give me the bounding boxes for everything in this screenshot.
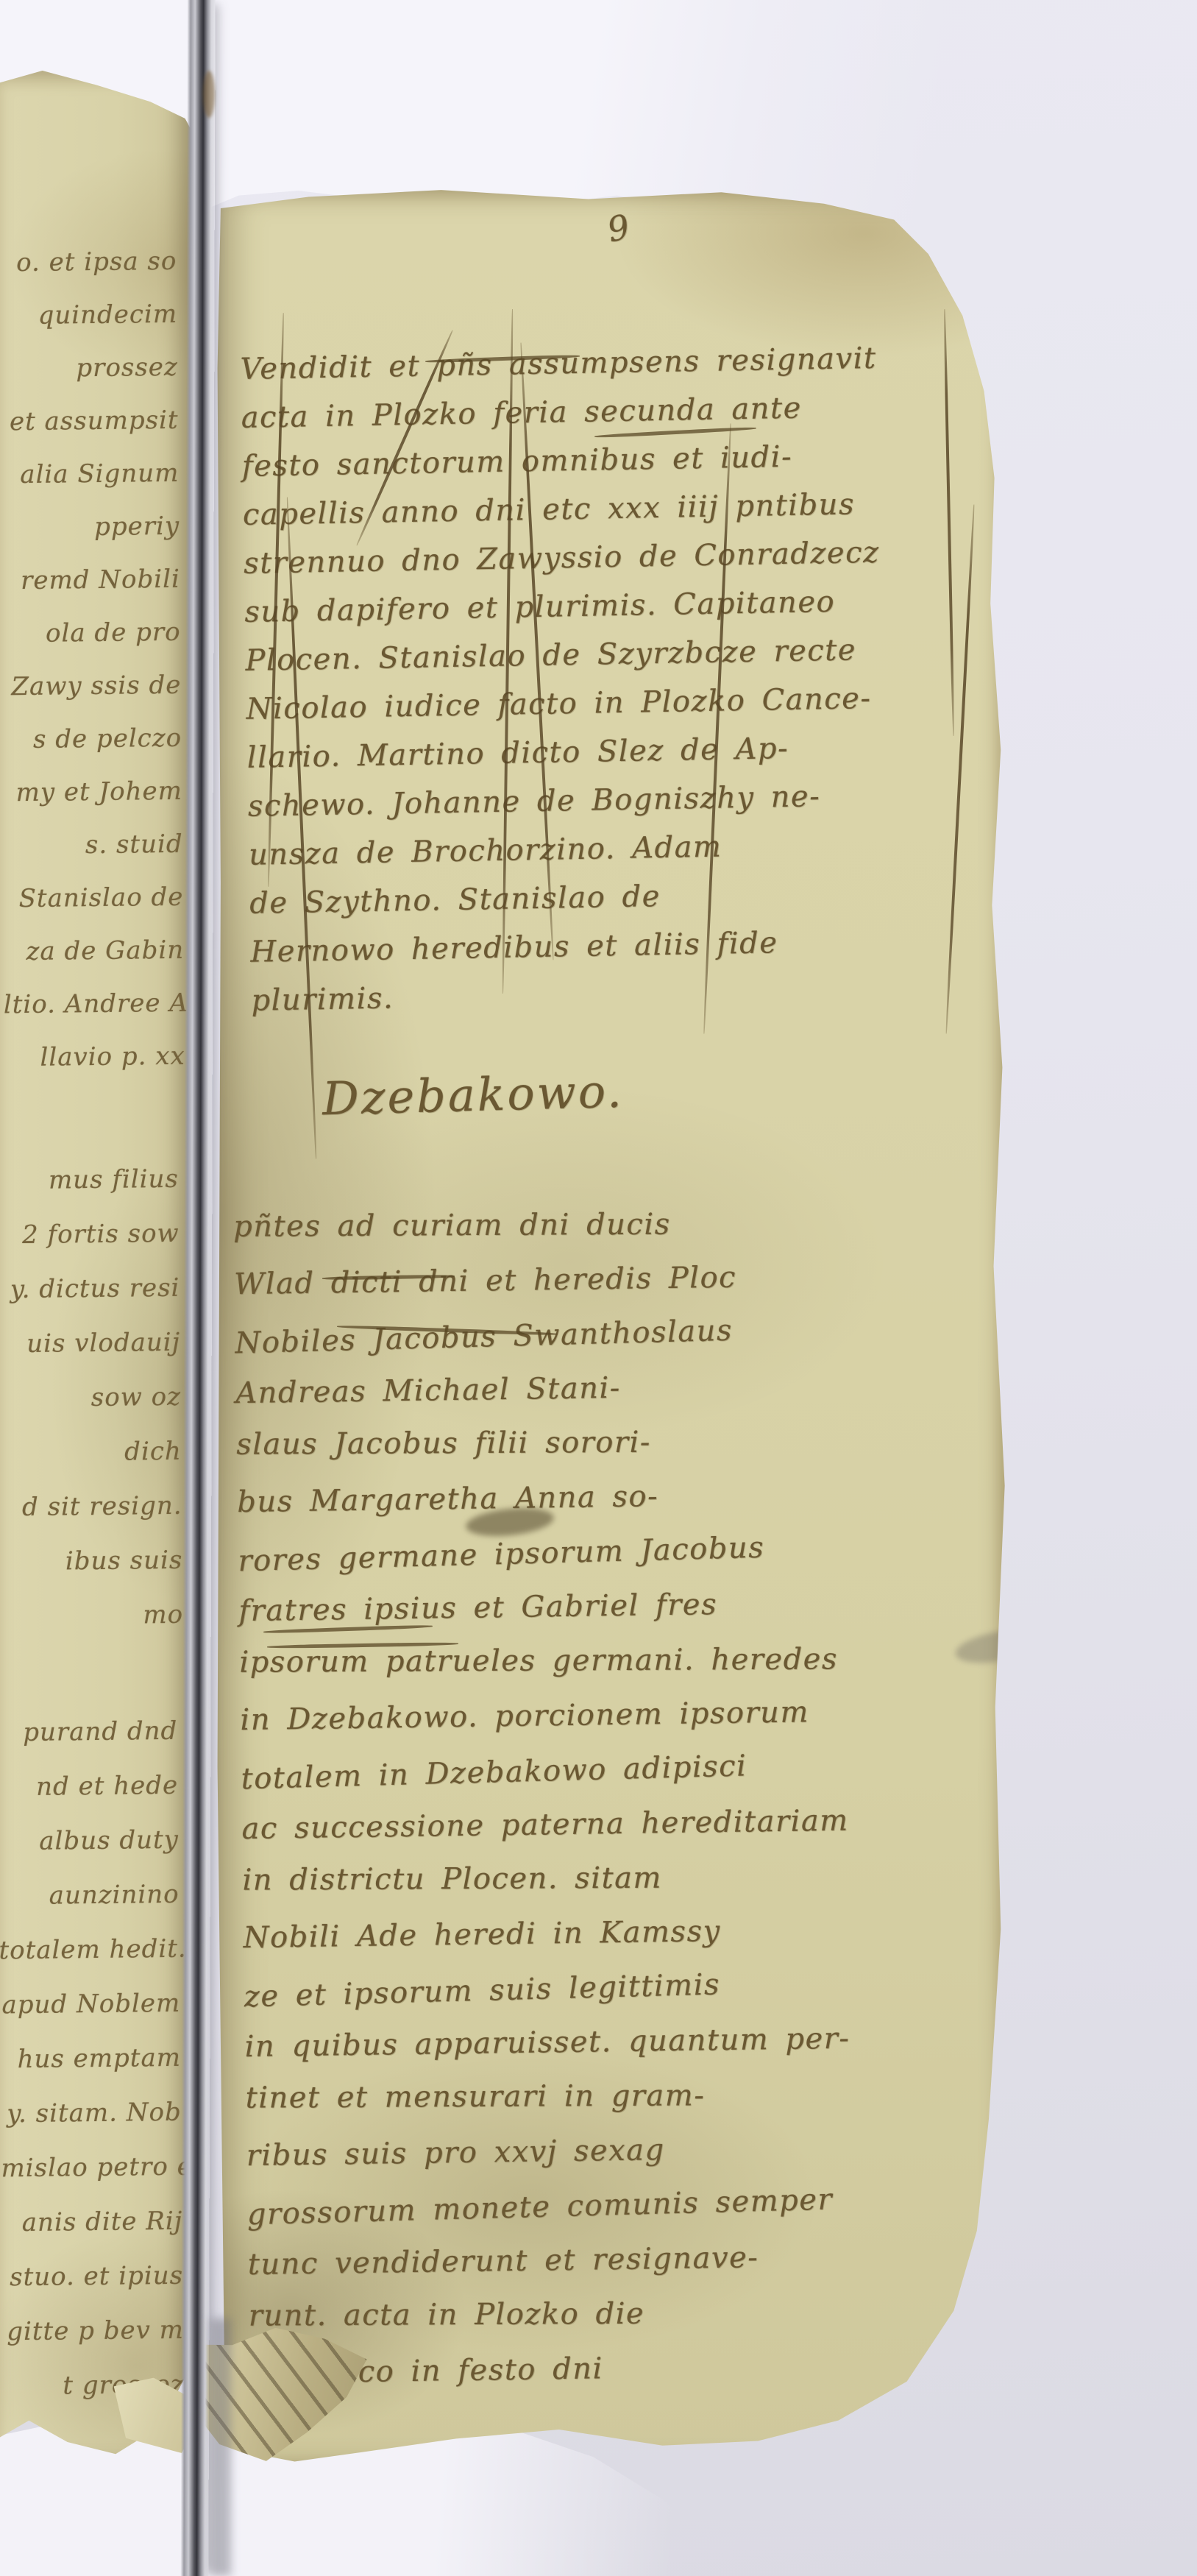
text-line: Stanislao de	[2, 871, 184, 926]
text-line: mislao petro et	[1, 2140, 182, 2196]
left-page-text-block-bottom: purand dndnd et hedealbus dutyaunzininot…	[0, 1704, 193, 2414]
text-line: pperiy	[0, 500, 180, 555]
text-line: quindecim	[0, 288, 177, 343]
manuscript-photograph: o. et ipsa soquindecimprossezet assumpsi…	[0, 0, 1197, 2576]
text-line: my et Johem	[1, 765, 183, 820]
text-line: albus duty	[0, 1813, 179, 1869]
text-line: 2 fortis sow	[0, 1206, 180, 1263]
text-line: in districtu Plocen. sitam	[242, 1849, 992, 1907]
text-line: alia Signum	[0, 447, 180, 502]
text-line: o. et ipsa so	[0, 235, 177, 290]
rod-shadow	[210, 2318, 231, 2576]
left-page-text-block-top: o. et ipsa soquindecimprossezet assumpsi…	[0, 235, 194, 1085]
text-line: purand dnd	[0, 1704, 178, 1761]
left-page-text-block-middle: mus filius2 fortis sowy. dictus resiuis …	[0, 1152, 192, 1644]
entry-block-dzebakowo: pñtes ad curiam dni ducisWlad dicti dni …	[233, 1192, 1001, 2401]
text-line: uis vlodauij	[0, 1315, 181, 1372]
text-line: ola de pro	[0, 606, 181, 661]
text-line: sow oz	[0, 1370, 181, 1426]
glass-rod	[180, 0, 215, 2576]
text-line: remd Nobili	[0, 553, 180, 608]
text-line: ipsorum patrueles germani. heredes	[239, 1631, 990, 1689]
text-line: runt. acta in Plozko die	[249, 2285, 999, 2343]
text-line: stuo. et ipius	[2, 2248, 184, 2305]
section-heading: Dzebakowo.	[322, 1064, 624, 1126]
text-line: za de Gabin	[3, 924, 185, 979]
text-line: apud Noblem	[0, 1976, 181, 2033]
text-line: nd et hede	[0, 1758, 179, 1815]
text-line: mus filius	[0, 1152, 179, 1209]
trailing-word: sancto	[945, 2323, 1052, 2402]
text-line: et assumpsit	[0, 394, 179, 449]
text-line: slaus Jacobus filii sorori-	[236, 1413, 987, 1471]
text-line: ltio. Andree Ahyto	[4, 977, 185, 1032]
page-number: 9	[604, 207, 633, 250]
text-line: mo	[2, 1588, 184, 1644]
left-page: o. et ipsa soquindecimprossezet assumpsi…	[0, 71, 193, 2461]
text-line: y. sitam. Nob	[0, 2085, 182, 2142]
text-line: anis dite Rij	[1, 2194, 183, 2251]
rod-stain	[203, 71, 215, 118]
text-line: s de pelczo	[1, 712, 182, 767]
text-line: prossez	[0, 341, 178, 396]
text-line: ibus suis	[1, 1533, 183, 1590]
text-line: Zawy ssis de	[0, 659, 182, 714]
text-line: d sit resign.	[1, 1479, 182, 1535]
text-line: totalem hedit.	[0, 1922, 180, 1978]
right-page: 9 Vendidit et pñs assumpsens resignavita…	[212, 188, 1008, 2473]
text-line: y. dictus resi	[0, 1261, 180, 1317]
text-line: pñtes ad curiam dni ducis	[233, 1195, 984, 1253]
text-line: tinet et mensurari in gram-	[245, 2067, 995, 2125]
text-line: dich	[0, 1424, 182, 1481]
text-line: s. stuid	[1, 818, 183, 873]
text-line: gitte p bev m	[2, 2303, 184, 2360]
text-line: aunzinino	[0, 1867, 180, 1924]
text-line: llavio p. xx	[4, 1030, 185, 1085]
text-line: hus emptam	[0, 2031, 181, 2087]
